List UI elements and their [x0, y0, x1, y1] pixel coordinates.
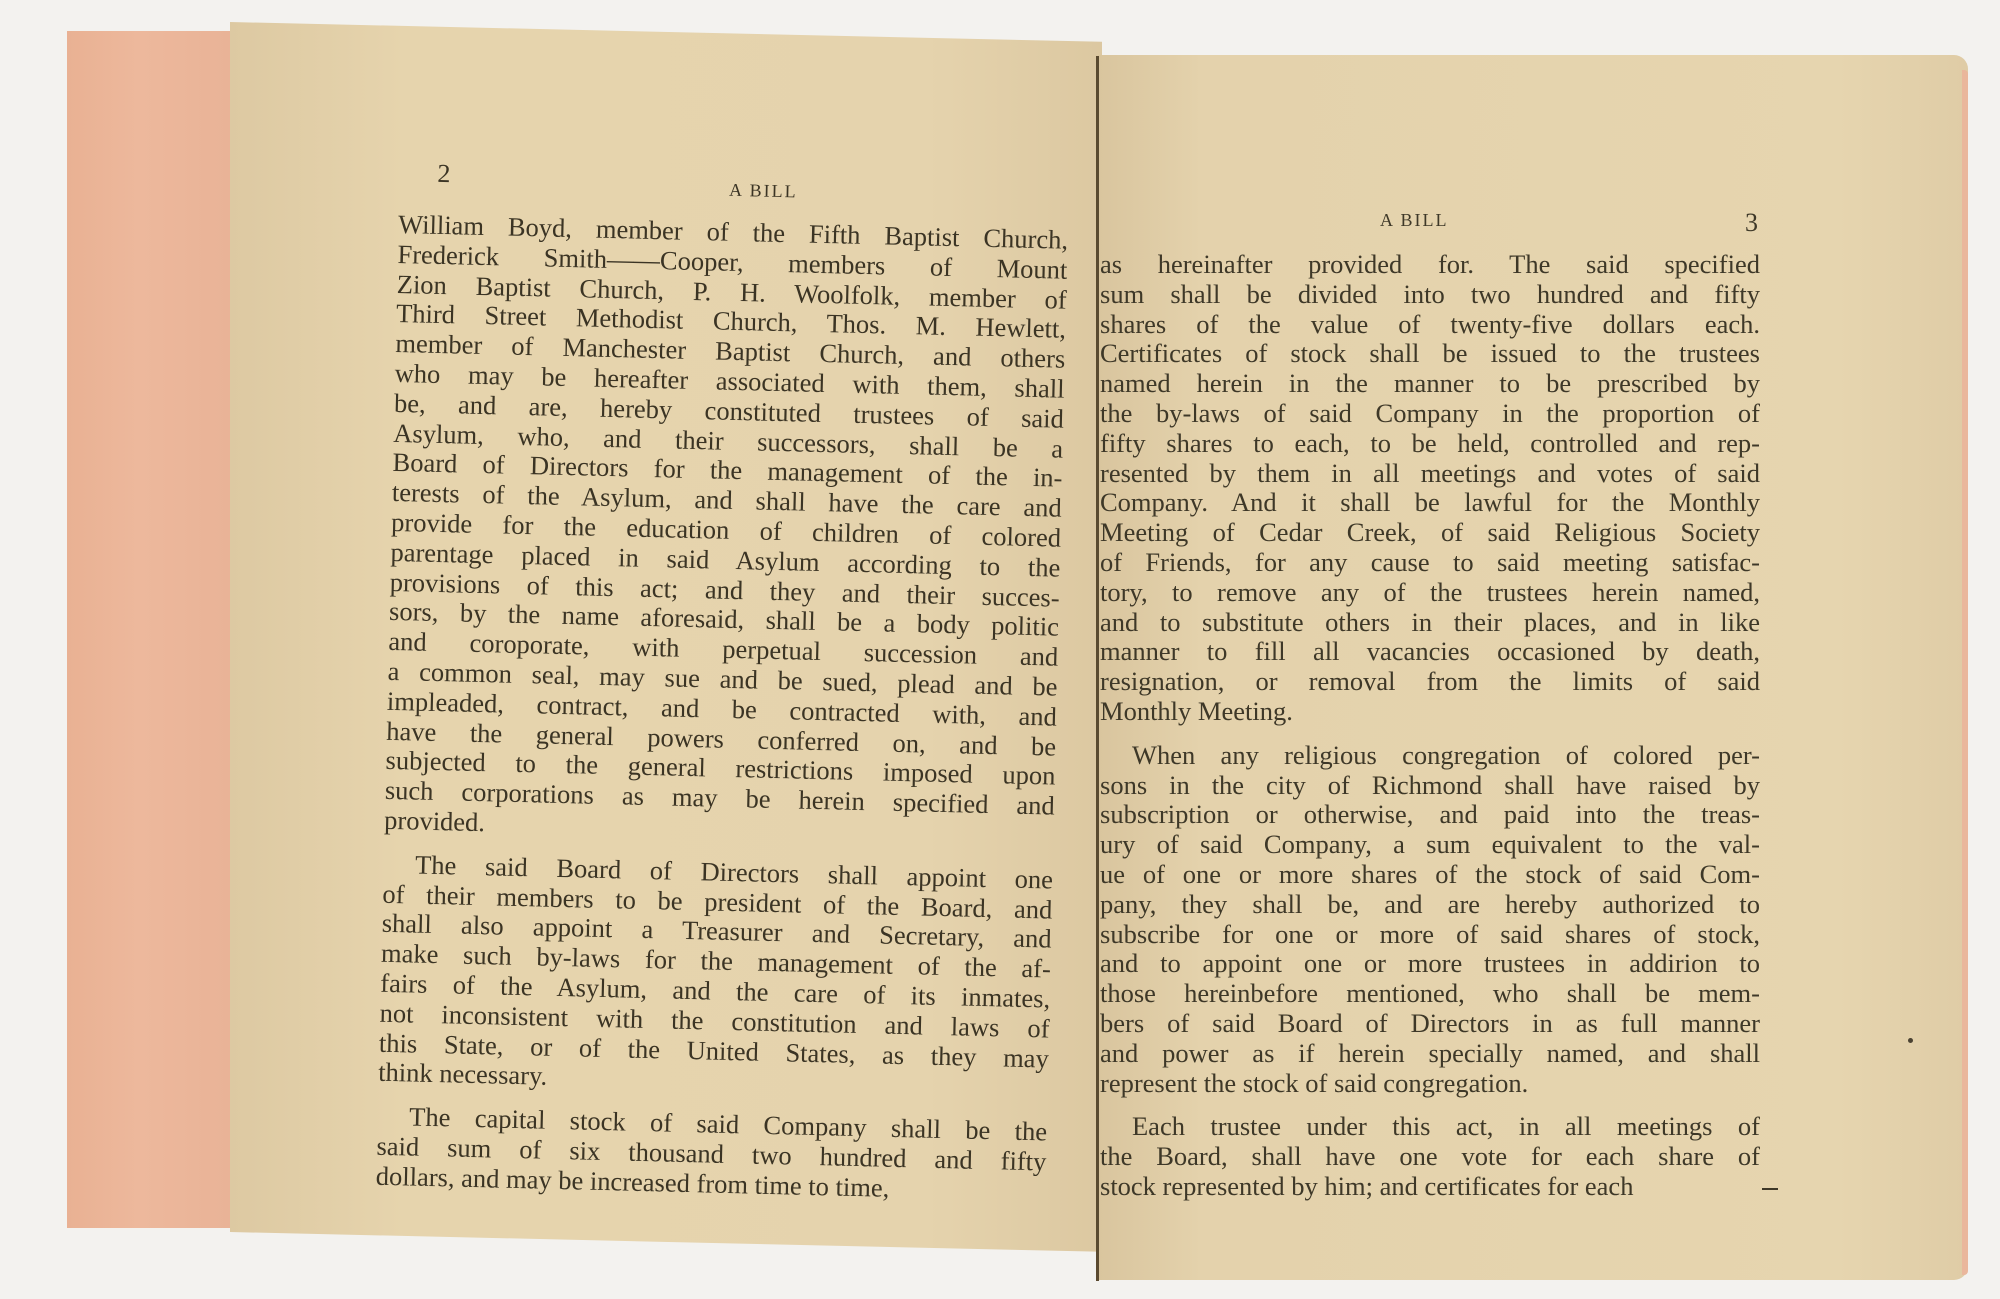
text-line: Monthly Meeting. [1100, 697, 1760, 727]
margin-dash-mark [1762, 1188, 1778, 1190]
text-line: of Friends, for any cause to said meetin… [1100, 548, 1760, 578]
pink-cover-edge [67, 31, 247, 1228]
text-line: Meeting of Cedar Creek, of said Religiou… [1100, 518, 1760, 548]
running-head: A BILL [729, 180, 798, 203]
text-line: manner to fill all vacancies occasioned … [1100, 637, 1760, 667]
text-line: ury of said Company, a sum equivalent to… [1100, 830, 1760, 860]
text-line: resented by them in all meetings and vot… [1100, 459, 1760, 489]
paragraph-gap [1100, 727, 1760, 741]
text-line: subscription or otherwise, and paid into… [1100, 800, 1760, 830]
paragraph: The said Board of Directors shall appoin… [378, 850, 1053, 1104]
paragraph: William Boyd, member of the Fifth Baptis… [384, 210, 1069, 851]
text-line: and to substitute others in their places… [1100, 608, 1760, 638]
paragraph: Each trustee under this act, in all meet… [1100, 1112, 1760, 1201]
text-line: ue of one or more shares of the stock of… [1100, 860, 1760, 890]
text-line: the Board, shall have one vote for each … [1100, 1142, 1760, 1172]
left-page-body: William Boyd, member of the Fifth Baptis… [375, 210, 1068, 1207]
text-line: pany, they shall be, and are hereby auth… [1100, 890, 1760, 920]
back-cover-edge [1962, 70, 1968, 1275]
text-line: Certificates of stock shall be issued to… [1100, 339, 1760, 369]
paragraph: as hereinafter provided for. The said sp… [1100, 250, 1760, 727]
text-line: bers of said Board of Directors in as fu… [1100, 1009, 1760, 1039]
page-number: 2 [437, 159, 453, 189]
text-line: fifty shares to each, to be held, contro… [1100, 429, 1760, 459]
text-line: stock represented by him; and certificat… [1100, 1172, 1760, 1202]
text-line: tory, to remove any of the trustees here… [1100, 578, 1760, 608]
text-line: Each trustee under this act, in all meet… [1100, 1112, 1760, 1142]
left-page-text: 2 A BILL William Boyd, member of the Fif… [375, 150, 1069, 1207]
text-line: Company. And it shall be lawful for the … [1100, 488, 1760, 518]
right-page-text: A BILL 3 as hereinafter provided for. Th… [1100, 190, 1760, 1202]
text-line: the by-laws of said Company in the propo… [1100, 399, 1760, 429]
text-line: and to appoint one or more trustees in a… [1100, 949, 1760, 979]
paragraph: When any religious congregation of color… [1100, 741, 1760, 1099]
text-line: named herein in the manner to be prescri… [1100, 369, 1760, 399]
text-line: subscribe for one or more of said shares… [1100, 920, 1760, 950]
text-line: those hereinbefore mentioned, who shall … [1100, 979, 1760, 1009]
text-line: sum shall be divided into two hundred an… [1100, 280, 1760, 310]
text-line: represent the stock of said congregation… [1100, 1069, 1760, 1099]
paragraph-gap [1100, 1098, 1760, 1112]
text-line: and power as if herein specially named, … [1100, 1039, 1760, 1069]
text-line: as hereinafter provided for. The said sp… [1100, 250, 1760, 280]
right-page-body: as hereinafter provided for. The said sp… [1100, 250, 1760, 1202]
text-line: resignation, or removal from the limits … [1100, 667, 1760, 697]
text-line: shares of the value of twenty-five dolla… [1100, 310, 1760, 340]
ink-speck [1908, 1038, 1913, 1043]
page-number: 3 [1745, 208, 1760, 238]
book-spine-gutter [1096, 56, 1099, 1281]
text-line: sons in the city of Richmond shall have … [1100, 771, 1760, 801]
right-page-header: A BILL 3 [1100, 190, 1760, 250]
paragraph: The capital stock of said Company shall … [375, 1102, 1047, 1207]
running-head: A BILL [1380, 210, 1449, 231]
text-line: When any religious congregation of color… [1100, 741, 1760, 771]
